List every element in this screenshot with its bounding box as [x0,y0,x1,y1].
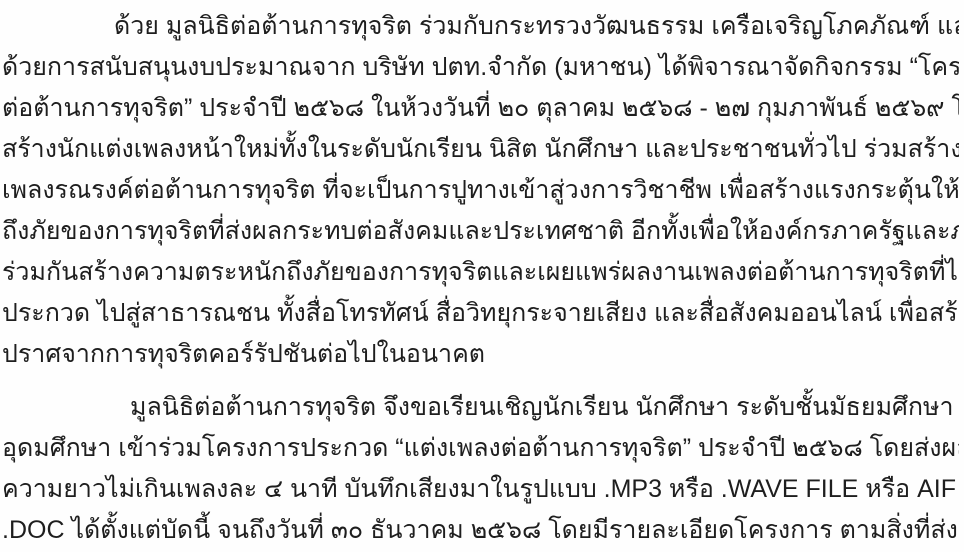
paragraph-2: มูลนิธิต่อต้านการทุจริต จึงขอเรียนเชิญนั… [2,387,959,551]
document-page: ด้วย มูลนิธิต่อต้านการทุจริต ร่วมกับกระท… [0,0,964,552]
text-line: อุดมศึกษา เข้าร่วมโครงการประกวด “แต่งเพล… [2,428,959,469]
text-line: ประกวด ไปสู่สาธารณชน ทั้งสื่อโทรทัศน์ สื… [2,293,959,334]
text-line: .DOC ได้ตั้งแต่บัดนี้ จนถึงวันที่ ๓๐ ธัน… [2,510,959,551]
text-line: เพลงรณรงค์ต่อต้านการทุจริต ที่จะเป็นการป… [2,170,959,211]
text-line: ด้วย มูลนิธิต่อต้านการทุจริต ร่วมกับกระท… [2,6,959,47]
text-line: ถึงภัยของการทุจริตที่ส่งผลกระทบต่อสังคมแ… [2,211,959,252]
text-line: ต่อต้านการทุจริต” ประจำปี ๒๕๖๘ ในห้วงวัน… [2,88,959,129]
paragraph-1: ด้วย มูลนิธิต่อต้านการทุจริต ร่วมกับกระท… [2,6,959,375]
text-line: ร่วมกันสร้างความตระหนักถึงภัยของการทุจริ… [2,252,959,293]
text-line: สร้างนักแต่งเพลงหน้าใหม่ทั้งในระดับนักเร… [2,129,959,170]
text-line: ความยาวไม่เกินเพลงละ ๔ นาที บันทึกเสียงม… [2,469,959,510]
text-line: ปราศจากการทุจริตคอร์รัปชันต่อไปในอนาคต [2,334,959,375]
text-line: มูลนิธิต่อต้านการทุจริต จึงขอเรียนเชิญนั… [2,387,959,428]
text-line: ด้วยการสนับสนุนงบประมาณจาก บริษัท ปตท.จำ… [2,47,959,88]
